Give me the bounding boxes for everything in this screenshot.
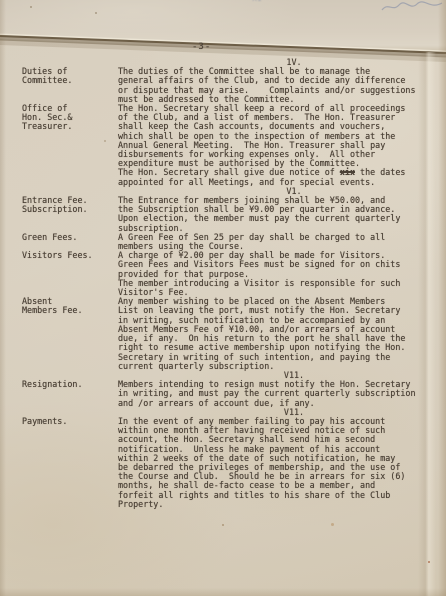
rule-section: Entrance Fee.Subscription.The Entrance f… bbox=[0, 196, 446, 233]
page-curl: IX. matters to be brought up at the Gene… bbox=[0, 0, 446, 58]
paper-stain bbox=[428, 561, 430, 563]
rule-section: Duties ofCommittee.The duties of the Com… bbox=[0, 67, 446, 104]
body-line: current quarterly subscription. bbox=[118, 362, 436, 371]
paper-stain bbox=[222, 524, 224, 526]
rule-section: Office ofHon. Sec.&Treasurer.The Hon. Se… bbox=[0, 104, 446, 187]
section-label: Green Fees. bbox=[0, 233, 118, 251]
paper-stain bbox=[104, 140, 106, 142]
ink-scribble bbox=[380, 0, 444, 14]
section-body: Any member wishing to be placed on the A… bbox=[118, 297, 446, 371]
body-line: and /or arrears of account due, if any. bbox=[118, 399, 436, 408]
label-line: Payments. bbox=[22, 417, 118, 426]
label-line: Members Fee. bbox=[22, 306, 118, 315]
section-body: The Hon. Secretary shall keep a record o… bbox=[118, 104, 446, 187]
section-body: Members intending to resign must notify … bbox=[118, 380, 446, 408]
section-label: Entrance Fee.Subscription. bbox=[0, 196, 118, 233]
label-line: Subscription. bbox=[22, 205, 118, 214]
label-line: Resignation. bbox=[22, 380, 118, 389]
document-body: 1V.Duties ofCommittee.The duties of the … bbox=[0, 58, 446, 509]
label-line: Green Fees. bbox=[22, 233, 118, 242]
label-line: Committee. bbox=[22, 76, 118, 85]
struck-text: xix bbox=[340, 167, 355, 177]
label-line: Visitors Fees. bbox=[22, 251, 118, 260]
body-line: Property. bbox=[118, 500, 436, 509]
section-label: Payments. bbox=[0, 417, 118, 509]
section-body: The Entrance for members joining shall b… bbox=[118, 196, 446, 233]
section-label: Visitors Fees. bbox=[0, 251, 118, 297]
section-label: Office ofHon. Sec.&Treasurer. bbox=[0, 104, 118, 187]
section-body: The duties of the Committee shall be to … bbox=[118, 67, 446, 104]
rule-section: Green Fees.A Green Fee of Sen 25 per day… bbox=[0, 233, 446, 251]
body-line: forfeit all rights and titles to his sha… bbox=[118, 491, 436, 500]
section-body: A charge of ¥2.00 per day shall be made … bbox=[118, 251, 446, 297]
paper-stain bbox=[95, 12, 97, 14]
page-number: -3- bbox=[192, 42, 211, 52]
rule-section: Visitors Fees.A charge of ¥2.00 per day … bbox=[0, 251, 446, 297]
section-label: Duties ofCommittee. bbox=[0, 67, 118, 104]
paper-stain bbox=[331, 523, 334, 526]
label-line: Treasurer. bbox=[22, 122, 118, 131]
rule-section: Resignation.Members intending to resign … bbox=[0, 380, 446, 408]
section-label: AbsentMembers Fee. bbox=[0, 297, 118, 371]
section-label: Resignation. bbox=[0, 380, 118, 408]
section-body: A Green Fee of Sen 25 per day shall be c… bbox=[118, 233, 446, 251]
paper-stain bbox=[30, 6, 32, 8]
section-body: In the event of any member failing to pa… bbox=[118, 417, 446, 509]
body-line: appointed for all Meetings, and for spec… bbox=[118, 178, 436, 187]
page-bottom-edge bbox=[0, 588, 446, 596]
document-page: IX. matters to be brought up at the Gene… bbox=[0, 0, 446, 596]
rule-section: AbsentMembers Fee.Any member wishing to … bbox=[0, 297, 446, 371]
rule-section: Payments.In the event of any member fail… bbox=[0, 417, 446, 509]
ghost-line: IX. bbox=[142, 0, 262, 3]
